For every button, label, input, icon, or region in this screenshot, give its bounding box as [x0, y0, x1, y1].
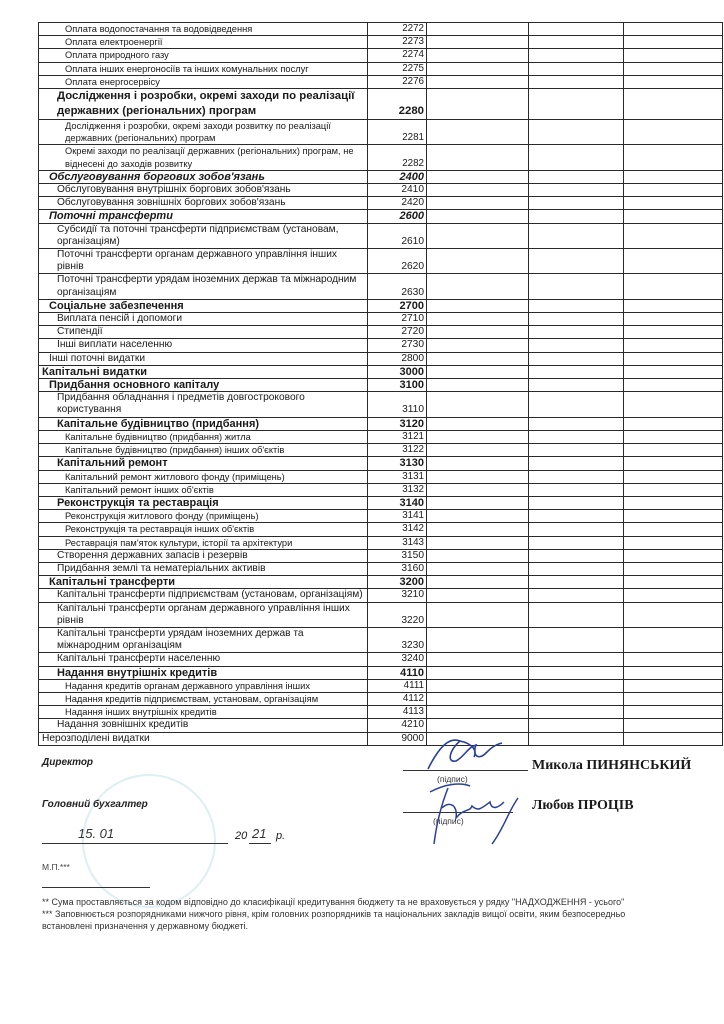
row-code: 4210 [368, 719, 427, 732]
row-value-cell [624, 365, 723, 378]
row-value-cell [529, 392, 624, 417]
row-code: 3000 [368, 365, 427, 378]
table-row: Капітальний ремонт житлового фонду (прим… [39, 470, 723, 483]
row-value-cell [624, 496, 723, 509]
row-value-cell [624, 274, 723, 299]
row-code: 2700 [368, 299, 427, 312]
table-row: Інші виплати населенню2730 [39, 339, 723, 352]
row-name: Інші поточні видатки [39, 352, 368, 365]
row-value-cell [427, 75, 529, 88]
row-code: 2710 [368, 313, 427, 326]
row-name: Надання внутрішніх кредитів [39, 666, 368, 679]
row-value-cell [624, 249, 723, 274]
row-value-cell [624, 352, 723, 365]
row-value-cell [427, 352, 529, 365]
row-value-cell [624, 62, 723, 75]
row-value-cell [624, 417, 723, 430]
row-name: Капітальні трансферти урядам іноземних д… [39, 627, 368, 652]
row-value-cell [624, 197, 723, 210]
row-value-cell [427, 184, 529, 197]
table-row: Нерозподілені видатки9000 [39, 732, 723, 745]
row-value-cell [529, 36, 624, 49]
row-value-cell [529, 313, 624, 326]
table-row: Оплата природного газу2274 [39, 49, 723, 62]
row-name: Інші виплати населенню [39, 339, 368, 352]
table-row: Капітальні трансферти3200 [39, 576, 723, 589]
table-row: Реконструкція та реставрація інших об'єк… [39, 523, 723, 536]
table-row: Обслуговування боргових зобов'язань2400 [39, 170, 723, 183]
row-value-cell [624, 36, 723, 49]
row-code: 2610 [368, 223, 427, 248]
table-row: Поточні трансферти2600 [39, 210, 723, 223]
row-name: Оплата електроенергії [39, 36, 368, 49]
row-code: 2400 [368, 170, 427, 183]
row-value-cell [529, 299, 624, 312]
table-row: Капітальний ремонт інших об'єктів3132 [39, 483, 723, 496]
row-value-cell [624, 549, 723, 562]
row-value-cell [427, 339, 529, 352]
row-name: Капітальний ремонт [39, 457, 368, 470]
row-value-cell [624, 23, 723, 36]
row-value-cell [427, 444, 529, 457]
row-value-cell [427, 299, 529, 312]
row-value-cell [624, 299, 723, 312]
row-code: 3122 [368, 444, 427, 457]
row-value-cell [624, 170, 723, 183]
row-value-cell [529, 170, 624, 183]
table-row: Придбання обладнання і предметів довгост… [39, 392, 723, 417]
row-code: 3230 [368, 627, 427, 652]
row-value-cell [624, 653, 723, 666]
row-value-cell [529, 417, 624, 430]
row-name: Капітальні видатки [39, 365, 368, 378]
table-row: Надання інших внутрішніх кредитів4113 [39, 706, 723, 719]
table-row: Надання кредитів органам державного упра… [39, 679, 723, 692]
row-code: 2420 [368, 197, 427, 210]
row-name: Капітальний ремонт інших об'єктів [39, 483, 368, 496]
row-value-cell [427, 210, 529, 223]
row-value-cell [529, 430, 624, 443]
row-value-cell [624, 589, 723, 602]
row-code: 4111 [368, 679, 427, 692]
row-code: 3141 [368, 510, 427, 523]
row-value-cell [624, 732, 723, 745]
row-value-cell [624, 430, 723, 443]
row-name: Обслуговування внутрішніх боргових зобов… [39, 184, 368, 197]
row-name: Реставрація пам'яток культури, історії т… [39, 536, 368, 549]
accountant-role-label: Головний бухгалтер [42, 799, 148, 810]
row-value-cell [529, 379, 624, 392]
row-value-cell [529, 692, 624, 705]
row-value-cell [529, 274, 624, 299]
row-value-cell [427, 457, 529, 470]
row-name: Обслуговування зовнішніх боргових зобов'… [39, 197, 368, 210]
row-code: 2281 [368, 120, 427, 145]
row-name: Надання кредитів підприємствам, установа… [39, 692, 368, 705]
row-name: Оплата енергосервісу [39, 75, 368, 88]
row-value-cell [427, 313, 529, 326]
table-row: Капітальні трансферти населенню3240 [39, 653, 723, 666]
row-code: 2730 [368, 339, 427, 352]
row-name: Поточні трансферти урядам іноземних держ… [39, 274, 368, 299]
row-value-cell [427, 602, 529, 627]
row-code: 3132 [368, 483, 427, 496]
row-name: Обслуговування боргових зобов'язань [39, 170, 368, 183]
table-row: Капітальні трансферти урядам іноземних д… [39, 627, 723, 652]
row-value-cell [529, 666, 624, 679]
table-row: Обслуговування зовнішніх боргових зобов'… [39, 197, 723, 210]
row-value-cell [427, 23, 529, 36]
row-code: 3131 [368, 470, 427, 483]
row-value-cell [427, 719, 529, 732]
row-value-cell [529, 679, 624, 692]
row-value-cell [529, 75, 624, 88]
row-value-cell [427, 392, 529, 417]
row-code: 2274 [368, 49, 427, 62]
row-value-cell [624, 49, 723, 62]
row-code: 2276 [368, 75, 427, 88]
row-code: 3200 [368, 576, 427, 589]
row-value-cell [529, 523, 624, 536]
row-value-cell [529, 197, 624, 210]
row-code: 2282 [368, 145, 427, 170]
row-value-cell [624, 210, 723, 223]
row-value-cell [529, 562, 624, 575]
footnote-3-line1: *** Заповнюється розпорядниками нижчого … [42, 908, 625, 920]
table-row: Дослідження і розробки, окремі заходи по… [39, 89, 723, 120]
footnote-3-line2: встановлені призначення у державному бюд… [42, 920, 248, 932]
row-value-cell [529, 49, 624, 62]
row-value-cell [624, 392, 723, 417]
row-code: 4112 [368, 692, 427, 705]
accountant-name: Любов ПРОЦІВ [532, 798, 634, 814]
table-row: Капітальні трансферти підприємствам (уст… [39, 589, 723, 602]
row-value-cell [529, 627, 624, 652]
row-value-cell [427, 379, 529, 392]
row-code: 2275 [368, 62, 427, 75]
table-row: Соціальне забезпечення2700 [39, 299, 723, 312]
row-name: Реконструкція та реставрація інших об'єк… [39, 523, 368, 536]
row-name: Дослідження і розробки, окремі заходи по… [39, 89, 368, 120]
row-value-cell [427, 536, 529, 549]
date-year-suffix: 21 [252, 826, 266, 841]
row-name: Реконструкція та реставрація [39, 496, 368, 509]
row-value-cell [529, 602, 624, 627]
table-row: Оплата водопостачання та водовідведення2… [39, 23, 723, 36]
row-value-cell [529, 145, 624, 170]
table-row: Капітальний ремонт3130 [39, 457, 723, 470]
table-row: Надання внутрішніх кредитів4110 [39, 666, 723, 679]
row-value-cell [624, 75, 723, 88]
row-value-cell [624, 89, 723, 120]
row-name: Нерозподілені видатки [39, 732, 368, 745]
row-code: 2280 [368, 89, 427, 120]
row-value-cell [427, 430, 529, 443]
table-row: Надання кредитів підприємствам, установа… [39, 692, 723, 705]
row-name: Капітальні трансферти населенню [39, 653, 368, 666]
row-value-cell [624, 444, 723, 457]
row-code: 3100 [368, 379, 427, 392]
row-code: 9000 [368, 732, 427, 745]
row-code: 3142 [368, 523, 427, 536]
row-value-cell [529, 210, 624, 223]
row-value-cell [427, 562, 529, 575]
row-code: 2620 [368, 249, 427, 274]
row-value-cell [427, 223, 529, 248]
row-name: Поточні трансферти органам державного уп… [39, 249, 368, 274]
row-name: Надання кредитів органам державного упра… [39, 679, 368, 692]
table-row: Надання зовнішніх кредитів4210 [39, 719, 723, 732]
expenditure-table: Оплата водопостачання та водовідведення2… [38, 22, 723, 746]
row-value-cell [529, 352, 624, 365]
row-code: 2410 [368, 184, 427, 197]
row-value-cell [529, 589, 624, 602]
table-row: Дослідження і розробки, окремі заходи ро… [39, 120, 723, 145]
row-value-cell [529, 536, 624, 549]
row-value-cell [427, 576, 529, 589]
row-value-cell [624, 470, 723, 483]
budget-report-page: Оплата водопостачання та водовідведення2… [0, 0, 724, 1024]
row-value-cell [529, 89, 624, 120]
row-value-cell [624, 457, 723, 470]
date-year-prefix: 20 [235, 830, 247, 842]
row-code: 3150 [368, 549, 427, 562]
row-value-cell [529, 184, 624, 197]
row-name: Капітальне будівництво (придбання) житла [39, 430, 368, 443]
row-name: Реконструкція житлового фонду (приміщень… [39, 510, 368, 523]
row-value-cell [427, 417, 529, 430]
row-name: Капітальне будівництво (придбання) [39, 417, 368, 430]
row-value-cell [427, 274, 529, 299]
row-value-cell [427, 510, 529, 523]
table-row: Капітальне будівництво (придбання)3120 [39, 417, 723, 430]
table-row: Субсидії та поточні трансферти підприємс… [39, 223, 723, 248]
row-value-cell [427, 679, 529, 692]
table-row: Інші поточні видатки2800 [39, 352, 723, 365]
table-row: Окремі заходи по реалізації державних (р… [39, 145, 723, 170]
row-value-cell [427, 89, 529, 120]
table-row: Реконструкція житлового фонду (приміщень… [39, 510, 723, 523]
row-value-cell [427, 145, 529, 170]
date-day-month: 15. 01 [78, 826, 114, 841]
row-name: Капітальне будівництво (придбання) інших… [39, 444, 368, 457]
table-row: Створення державних запасів і резервів31… [39, 549, 723, 562]
row-value-cell [427, 706, 529, 719]
row-code: 2800 [368, 352, 427, 365]
row-value-cell [529, 496, 624, 509]
row-value-cell [427, 62, 529, 75]
row-value-cell [529, 457, 624, 470]
row-code: 3130 [368, 457, 427, 470]
row-value-cell [529, 23, 624, 36]
row-value-cell [624, 666, 723, 679]
row-name: Надання зовнішніх кредитів [39, 719, 368, 732]
table-row: Реставрація пам'яток культури, історії т… [39, 536, 723, 549]
row-name: Капітальні трансферти підприємствам (уст… [39, 589, 368, 602]
row-value-cell [427, 589, 529, 602]
row-code: 3120 [368, 417, 427, 430]
row-value-cell [624, 706, 723, 719]
table-row: Стипендії2720 [39, 326, 723, 339]
table-row: Придбання основного капіталу3100 [39, 379, 723, 392]
row-name: Оплата водопостачання та водовідведення [39, 23, 368, 36]
row-value-cell [624, 576, 723, 589]
table-row: Оплата енергосервісу2276 [39, 75, 723, 88]
row-name: Надання інших внутрішніх кредитів [39, 706, 368, 719]
row-name: Поточні трансферти [39, 210, 368, 223]
row-name: Придбання землі та нематеріальних активі… [39, 562, 368, 575]
table-row: Реконструкція та реставрація3140 [39, 496, 723, 509]
row-value-cell [529, 732, 624, 745]
row-value-cell [624, 145, 723, 170]
row-value-cell [427, 496, 529, 509]
row-code: 3143 [368, 536, 427, 549]
row-value-cell [427, 666, 529, 679]
row-value-cell [427, 627, 529, 652]
table-row: Капітальне будівництво (придбання) житла… [39, 430, 723, 443]
date-year-line [249, 843, 271, 844]
row-name: Придбання обладнання і предметів довгост… [39, 392, 368, 417]
accountant-signature-icon [420, 778, 530, 848]
row-name: Придбання основного капіталу [39, 379, 368, 392]
row-value-cell [624, 692, 723, 705]
row-value-cell [624, 719, 723, 732]
row-value-cell [624, 523, 723, 536]
row-name: Капітальні трансферти [39, 576, 368, 589]
table-row: Виплата пенсій і допомоги2710 [39, 313, 723, 326]
row-value-cell [427, 197, 529, 210]
row-code: 3110 [368, 392, 427, 417]
seal-label: М.П.*** [42, 862, 70, 872]
row-value-cell [624, 510, 723, 523]
row-name: Субсидії та поточні трансферти підприємс… [39, 223, 368, 248]
director-role-label: Директор [42, 757, 93, 768]
row-value-cell [427, 483, 529, 496]
row-value-cell [427, 470, 529, 483]
table-row: Поточні трансферти органам державного уп… [39, 249, 723, 274]
table-row: Оплата інших енергоносіїв та інших комун… [39, 62, 723, 75]
row-name: Соціальне забезпечення [39, 299, 368, 312]
row-value-cell [529, 706, 624, 719]
table-row: Придбання землі та нематеріальних активі… [39, 562, 723, 575]
footnote-separator [42, 887, 150, 888]
row-value-cell [624, 184, 723, 197]
row-name: Оплата інших енергоносіїв та інших комун… [39, 62, 368, 75]
row-value-cell [529, 120, 624, 145]
row-value-cell [529, 576, 624, 589]
row-name: Оплата природного газу [39, 49, 368, 62]
director-name: Микола ПИНЯНСЬКИЙ [532, 758, 691, 774]
date-line [42, 843, 228, 844]
row-value-cell [624, 627, 723, 652]
table-row: Капітальне будівництво (придбання) інших… [39, 444, 723, 457]
row-code: 4113 [368, 706, 427, 719]
row-code: 2273 [368, 36, 427, 49]
row-value-cell [624, 313, 723, 326]
expenditure-table-body: Оплата водопостачання та водовідведення2… [39, 23, 723, 746]
row-value-cell [427, 326, 529, 339]
table-row: Оплата електроенергії2273 [39, 36, 723, 49]
row-value-cell [529, 549, 624, 562]
row-value-cell [529, 510, 624, 523]
row-code: 3220 [368, 602, 427, 627]
row-code: 3240 [368, 653, 427, 666]
row-name: Капітальний ремонт житлового фонду (прим… [39, 470, 368, 483]
row-value-cell [624, 483, 723, 496]
row-code: 4110 [368, 666, 427, 679]
row-value-cell [529, 62, 624, 75]
row-value-cell [427, 36, 529, 49]
row-code: 3121 [368, 430, 427, 443]
row-code: 2720 [368, 326, 427, 339]
row-value-cell [529, 483, 624, 496]
row-value-cell [529, 326, 624, 339]
row-value-cell [624, 120, 723, 145]
row-value-cell [624, 326, 723, 339]
row-value-cell [624, 379, 723, 392]
row-name: Виплата пенсій і допомоги [39, 313, 368, 326]
row-value-cell [529, 223, 624, 248]
row-code: 3140 [368, 496, 427, 509]
row-code: 2272 [368, 23, 427, 36]
row-code: 3160 [368, 562, 427, 575]
row-value-cell [427, 549, 529, 562]
row-value-cell [427, 170, 529, 183]
row-value-cell [529, 719, 624, 732]
accountant-signature-caption: (підпис) [433, 816, 464, 826]
row-value-cell [529, 470, 624, 483]
row-value-cell [427, 365, 529, 378]
row-value-cell [529, 339, 624, 352]
row-value-cell [624, 536, 723, 549]
row-name: Створення державних запасів і резервів [39, 549, 368, 562]
row-value-cell [427, 120, 529, 145]
director-signature-icon [420, 735, 510, 775]
date-suffix: р. [276, 830, 285, 842]
row-value-cell [427, 523, 529, 536]
row-value-cell [427, 653, 529, 666]
row-code: 2630 [368, 274, 427, 299]
row-value-cell [529, 365, 624, 378]
row-value-cell [529, 444, 624, 457]
row-value-cell [624, 223, 723, 248]
row-value-cell [624, 562, 723, 575]
table-row: Обслуговування внутрішніх боргових зобов… [39, 184, 723, 197]
row-code: 2600 [368, 210, 427, 223]
table-row: Поточні трансферти урядам іноземних держ… [39, 274, 723, 299]
row-value-cell [529, 653, 624, 666]
table-row: Капітальні видатки3000 [39, 365, 723, 378]
row-value-cell [529, 249, 624, 274]
row-name: Стипендії [39, 326, 368, 339]
row-name: Окремі заходи по реалізації державних (р… [39, 145, 368, 170]
footnote-2: ** Сума проставляється за кодом відповід… [42, 896, 624, 908]
row-value-cell [624, 602, 723, 627]
row-value-cell [624, 339, 723, 352]
row-value-cell [427, 49, 529, 62]
row-value-cell [624, 679, 723, 692]
row-value-cell [427, 249, 529, 274]
table-row: Капітальні трансферти органам державного… [39, 602, 723, 627]
row-value-cell [427, 692, 529, 705]
row-name: Капітальні трансферти органам державного… [39, 602, 368, 627]
row-code: 3210 [368, 589, 427, 602]
row-name: Дослідження і розробки, окремі заходи ро… [39, 120, 368, 145]
